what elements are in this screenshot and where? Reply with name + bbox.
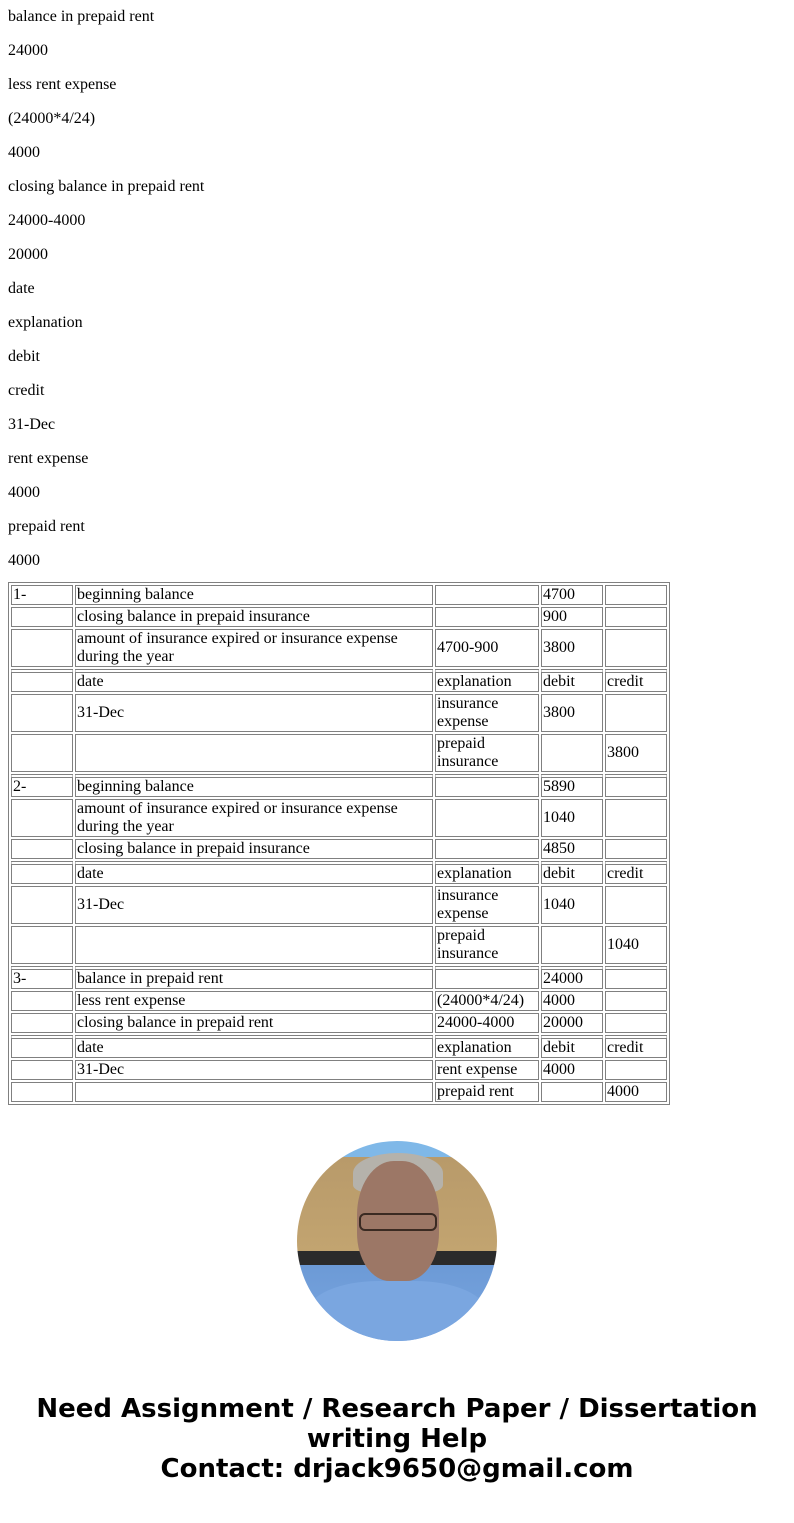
table-section: 3-balance in prepaid rent24000less rent … (11, 966, 667, 1033)
table-section: dateexplanationdebitcredit31-Decrent exp… (11, 1035, 667, 1102)
table-row: less rent expense(24000*4/24)4000 (11, 991, 667, 1011)
text-line: credit (8, 374, 786, 408)
table-cell (605, 607, 667, 627)
author-photo-icon (297, 1141, 497, 1341)
table-cell (11, 734, 73, 772)
table-cell (541, 734, 603, 772)
table-cell: 3- (11, 966, 73, 989)
table-cell (605, 1013, 667, 1033)
text-line: prepaid rent (8, 510, 786, 544)
table-cell: credit (605, 861, 667, 884)
text-line: rent expense (8, 442, 786, 476)
table-cell: 2- (11, 774, 73, 797)
table-cell: explanation (435, 1035, 539, 1058)
table-cell (605, 799, 667, 837)
table-cell: 4700 (541, 585, 603, 605)
table-row: dateexplanationdebitcredit (11, 669, 667, 692)
table-cell: 3800 (605, 734, 667, 772)
text-line: balance in prepaid rent (8, 0, 786, 34)
table-cell: amount of insurance expired or insurance… (75, 799, 433, 837)
table-cell (605, 839, 667, 859)
table-row: prepaid insurance3800 (11, 734, 667, 772)
table-cell: 3800 (541, 694, 603, 732)
table-cell (11, 991, 73, 1011)
table-cell: credit (605, 669, 667, 692)
table-cell (541, 926, 603, 964)
table-cell: closing balance in prepaid insurance (75, 607, 433, 627)
table-cell: less rent expense (75, 991, 433, 1011)
text-line: 4000 (8, 476, 786, 510)
table-cell (605, 991, 667, 1011)
table-cell (605, 585, 667, 605)
table-cell (11, 861, 73, 884)
text-line: 24000 (8, 34, 786, 68)
table-row: 31-Decrent expense4000 (11, 1060, 667, 1080)
table-section: dateexplanationdebitcredit31-Decinsuranc… (11, 861, 667, 964)
avatar-glasses (359, 1213, 437, 1231)
table-cell: 4700-900 (435, 629, 539, 667)
table-cell: explanation (435, 861, 539, 884)
promo-banner: Need Assignment / Research Paper / Disse… (8, 1394, 786, 1484)
table-row: amount of insurance expired or insurance… (11, 629, 667, 667)
table-cell (435, 966, 539, 989)
text-line: date (8, 272, 786, 306)
text-line: 31-Dec (8, 408, 786, 442)
table-row: closing balance in prepaid insurance900 (11, 607, 667, 627)
text-line: explanation (8, 306, 786, 340)
table-row: 31-Decinsurance expense3800 (11, 694, 667, 732)
table-row: 1-beginning balance4700 (11, 585, 667, 605)
table-cell (11, 1060, 73, 1080)
table-cell: 4000 (541, 991, 603, 1011)
table-cell: debit (541, 1035, 603, 1058)
table-cell: 1040 (605, 926, 667, 964)
table-cell: rent expense (435, 1060, 539, 1080)
table-cell (435, 774, 539, 797)
table-cell: 5890 (541, 774, 603, 797)
table-cell: 31-Dec (75, 694, 433, 732)
table-cell (11, 799, 73, 837)
table-cell: 31-Dec (75, 886, 433, 924)
table-cell (75, 734, 433, 772)
table-cell (11, 926, 73, 964)
text-line: 4000 (8, 544, 786, 578)
table-cell: (24000*4/24) (435, 991, 539, 1011)
table-cell (11, 669, 73, 692)
table-row: 2-beginning balance5890 (11, 774, 667, 797)
table-row: closing balance in prepaid rent24000-400… (11, 1013, 667, 1033)
table-cell: credit (605, 1035, 667, 1058)
table-cell (605, 966, 667, 989)
table-cell: amount of insurance expired or insurance… (75, 629, 433, 667)
table-cell: 3800 (541, 629, 603, 667)
table-cell (75, 1082, 433, 1102)
table-section: 1-beginning balance4700closing balance i… (11, 585, 667, 667)
text-line: closing balance in prepaid rent (8, 170, 786, 204)
table-cell (605, 886, 667, 924)
table-cell: 1040 (541, 799, 603, 837)
table-cell (11, 839, 73, 859)
table-cell (75, 926, 433, 964)
table-cell (435, 585, 539, 605)
table-cell: 31-Dec (75, 1060, 433, 1080)
document: balance in prepaid rent24000less rent ex… (0, 0, 794, 1484)
table-row: dateexplanationdebitcredit (11, 1035, 667, 1058)
promo-line-2: writing Help (8, 1424, 786, 1454)
table-cell: prepaid insurance (435, 734, 539, 772)
promo-contact[interactable]: Contact: drjack9650@gmail.com (8, 1454, 786, 1484)
table-cell: insurance expense (435, 694, 539, 732)
table-cell (605, 1060, 667, 1080)
table-cell (435, 799, 539, 837)
avatar-shirt (307, 1281, 487, 1341)
table-row: dateexplanationdebitcredit (11, 861, 667, 884)
table-cell: beginning balance (75, 774, 433, 797)
table-cell (605, 629, 667, 667)
table-row: prepaid insurance1040 (11, 926, 667, 964)
table-cell (11, 629, 73, 667)
text-line: less rent expense (8, 68, 786, 102)
table-row: 3-balance in prepaid rent24000 (11, 966, 667, 989)
table-cell: prepaid insurance (435, 926, 539, 964)
table-cell: closing balance in prepaid insurance (75, 839, 433, 859)
table-cell (435, 607, 539, 627)
table-cell: debit (541, 669, 603, 692)
table-cell: insurance expense (435, 886, 539, 924)
text-line: 4000 (8, 136, 786, 170)
table-cell (605, 774, 667, 797)
table-cell: 24000 (541, 966, 603, 989)
table-cell (541, 1082, 603, 1102)
text-line: 20000 (8, 238, 786, 272)
table-cell: balance in prepaid rent (75, 966, 433, 989)
table-cell (435, 839, 539, 859)
table-row: 31-Decinsurance expense1040 (11, 886, 667, 924)
table-cell: debit (541, 861, 603, 884)
table-cell: date (75, 861, 433, 884)
table-cell (605, 694, 667, 732)
table-row: amount of insurance expired or insurance… (11, 799, 667, 837)
text-line: (24000*4/24) (8, 102, 786, 136)
table-cell (11, 1035, 73, 1058)
table-cell: prepaid rent (435, 1082, 539, 1102)
table-cell: 1- (11, 585, 73, 605)
promo-line-1: Need Assignment / Research Paper / Disse… (8, 1394, 786, 1424)
table-cell: beginning balance (75, 585, 433, 605)
table-cell (11, 607, 73, 627)
table-cell: 4000 (605, 1082, 667, 1102)
table-row: closing balance in prepaid insurance4850 (11, 839, 667, 859)
table-row: prepaid rent4000 (11, 1082, 667, 1102)
table-cell: explanation (435, 669, 539, 692)
table-section: dateexplanationdebitcredit31-Decinsuranc… (11, 669, 667, 772)
table-cell (11, 886, 73, 924)
table-cell (11, 1082, 73, 1102)
table-cell (11, 694, 73, 732)
table-cell: closing balance in prepaid rent (75, 1013, 433, 1033)
table-cell: date (75, 1035, 433, 1058)
journal-table: 1-beginning balance4700closing balance i… (8, 582, 670, 1105)
table-cell: 1040 (541, 886, 603, 924)
author-avatar-container (8, 1141, 786, 1346)
table-cell: date (75, 669, 433, 692)
table-cell: 4000 (541, 1060, 603, 1080)
table-cell: 4850 (541, 839, 603, 859)
text-line: debit (8, 340, 786, 374)
table-cell: 900 (541, 607, 603, 627)
table-cell: 20000 (541, 1013, 603, 1033)
table-cell: 24000-4000 (435, 1013, 539, 1033)
table-section: 2-beginning balance5890amount of insuran… (11, 774, 667, 859)
text-lines: balance in prepaid rent24000less rent ex… (8, 0, 786, 578)
text-line: 24000-4000 (8, 204, 786, 238)
table-cell (11, 1013, 73, 1033)
